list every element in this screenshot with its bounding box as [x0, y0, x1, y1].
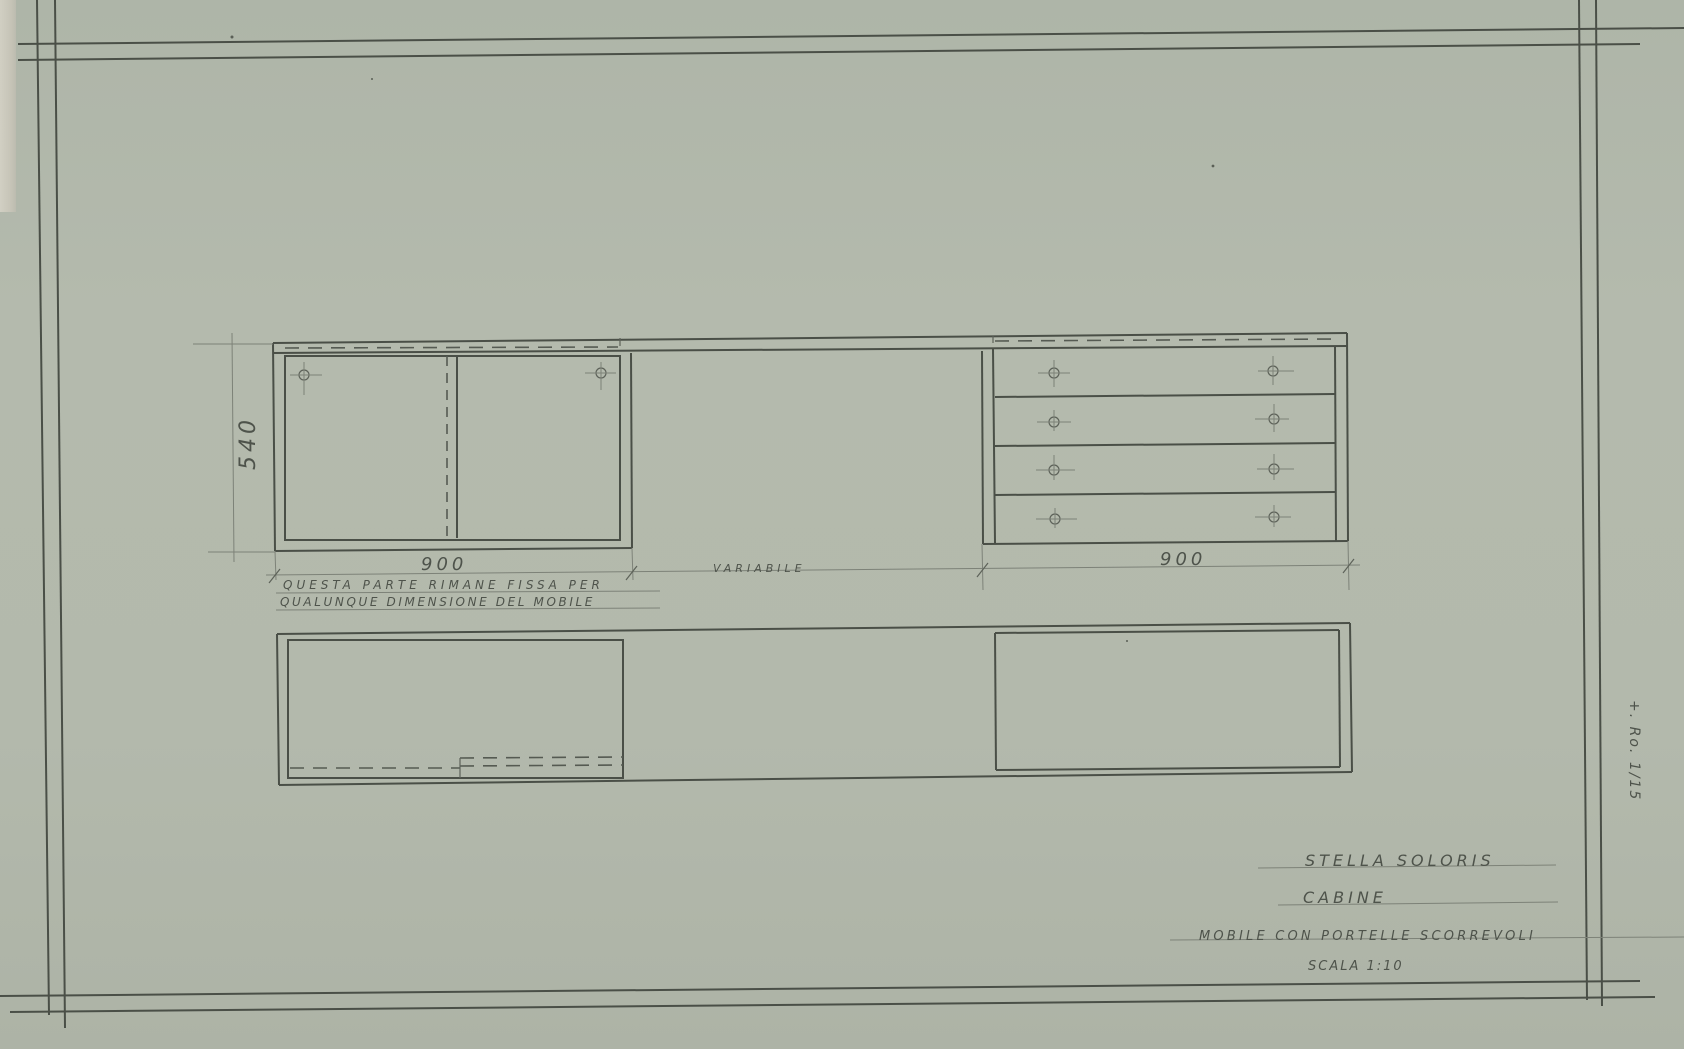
technical-drawing: 540 900 VARIABILE 900 QUESTA PARTE RIMAN…	[0, 0, 1684, 1049]
scale-label: SCALA 1:10	[1308, 959, 1404, 974]
height-dimension-label: 540	[236, 416, 261, 470]
section-title: CABINE	[1303, 888, 1387, 907]
right-drawer-module	[982, 333, 1348, 544]
middle-width-dimension-label: VARIABILE	[713, 562, 806, 575]
left-module	[273, 343, 632, 551]
margin-annotation: +. Ro. 1/15	[1626, 700, 1642, 801]
note-line-1: QUESTA PARTE RIMANE FISSA PER	[283, 578, 604, 592]
left-width-dimension-label: 900	[421, 554, 467, 575]
right-width-dimension-label: 900	[1160, 549, 1206, 570]
plan-view	[277, 623, 1352, 785]
description-title: MOBILE CON PORTELLE SCORREVOLI	[1199, 929, 1536, 944]
project-title: STELLA SOLORIS	[1305, 851, 1495, 870]
note-line-2: QUALUNQUE DIMENSIONE DEL MOBILE	[280, 595, 595, 609]
door-knob-left	[290, 362, 322, 395]
door-knob-right	[585, 362, 616, 390]
sheet-border	[0, 0, 1684, 1028]
drawing-sheet: 540 900 VARIABILE 900 QUESTA PARTE RIMAN…	[0, 0, 1684, 1049]
